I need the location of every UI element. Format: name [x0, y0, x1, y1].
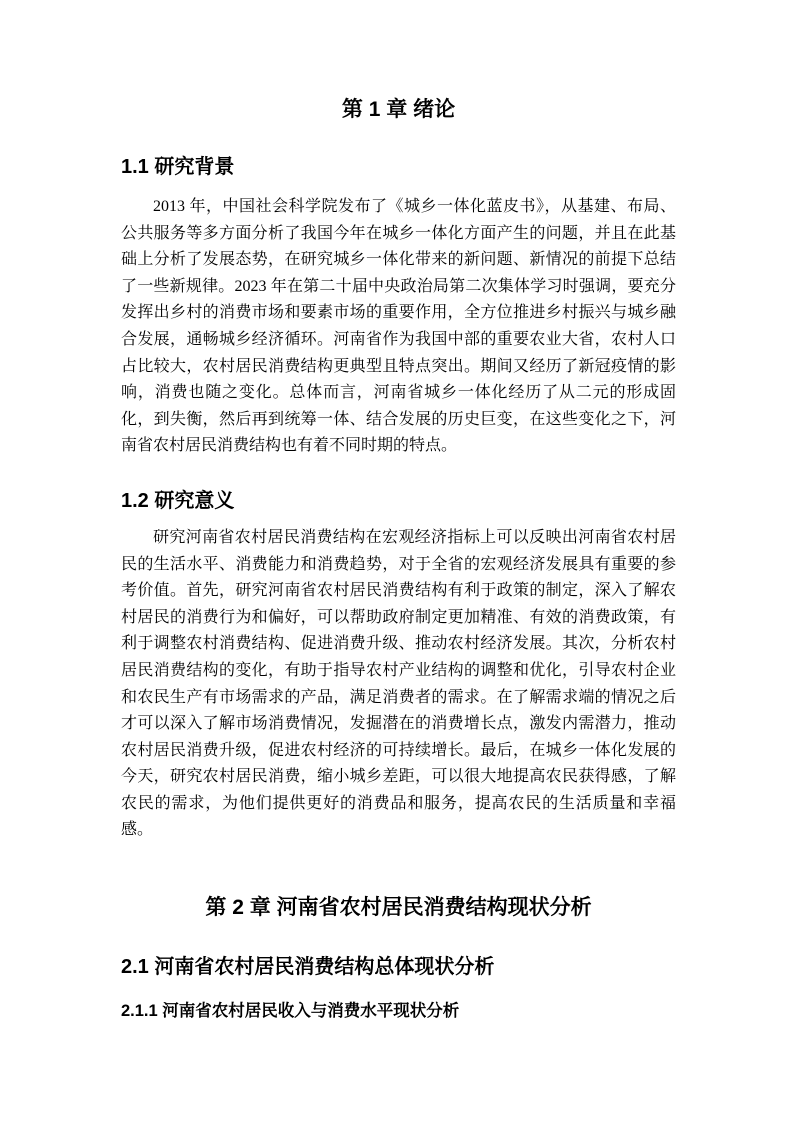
section-2-1-heading: 2.1 河南省农村居民消费结构总体现状分析 [121, 953, 676, 981]
chapter-1-title: 第 1 章 绪论 [121, 95, 676, 125]
section-2-1-1-heading: 2.1.1 河南省农村居民收入与消费水平现状分析 [121, 999, 676, 1023]
section-1-2-heading: 1.2 研究意义 [121, 487, 676, 515]
chapter-2-title: 第 2 章 河南省农村居民消费结构现状分析 [121, 893, 676, 923]
document-page: 第 1 章 绪论 1.1 研究背景 2013 年，中国社会科学院发布了《城乡一体… [0, 0, 793, 1122]
section-1-1-heading: 1.1 研究背景 [121, 153, 676, 181]
section-1-2-paragraph: 研究河南省农村居民消费结构在宏观经济指标上可以反映出河南省农村居民的生活水平、消… [121, 525, 676, 844]
section-1-1-paragraph: 2013 年，中国社会科学院发布了《城乡一体化蓝皮书》，从基建、布局、公共服务等… [121, 194, 676, 460]
